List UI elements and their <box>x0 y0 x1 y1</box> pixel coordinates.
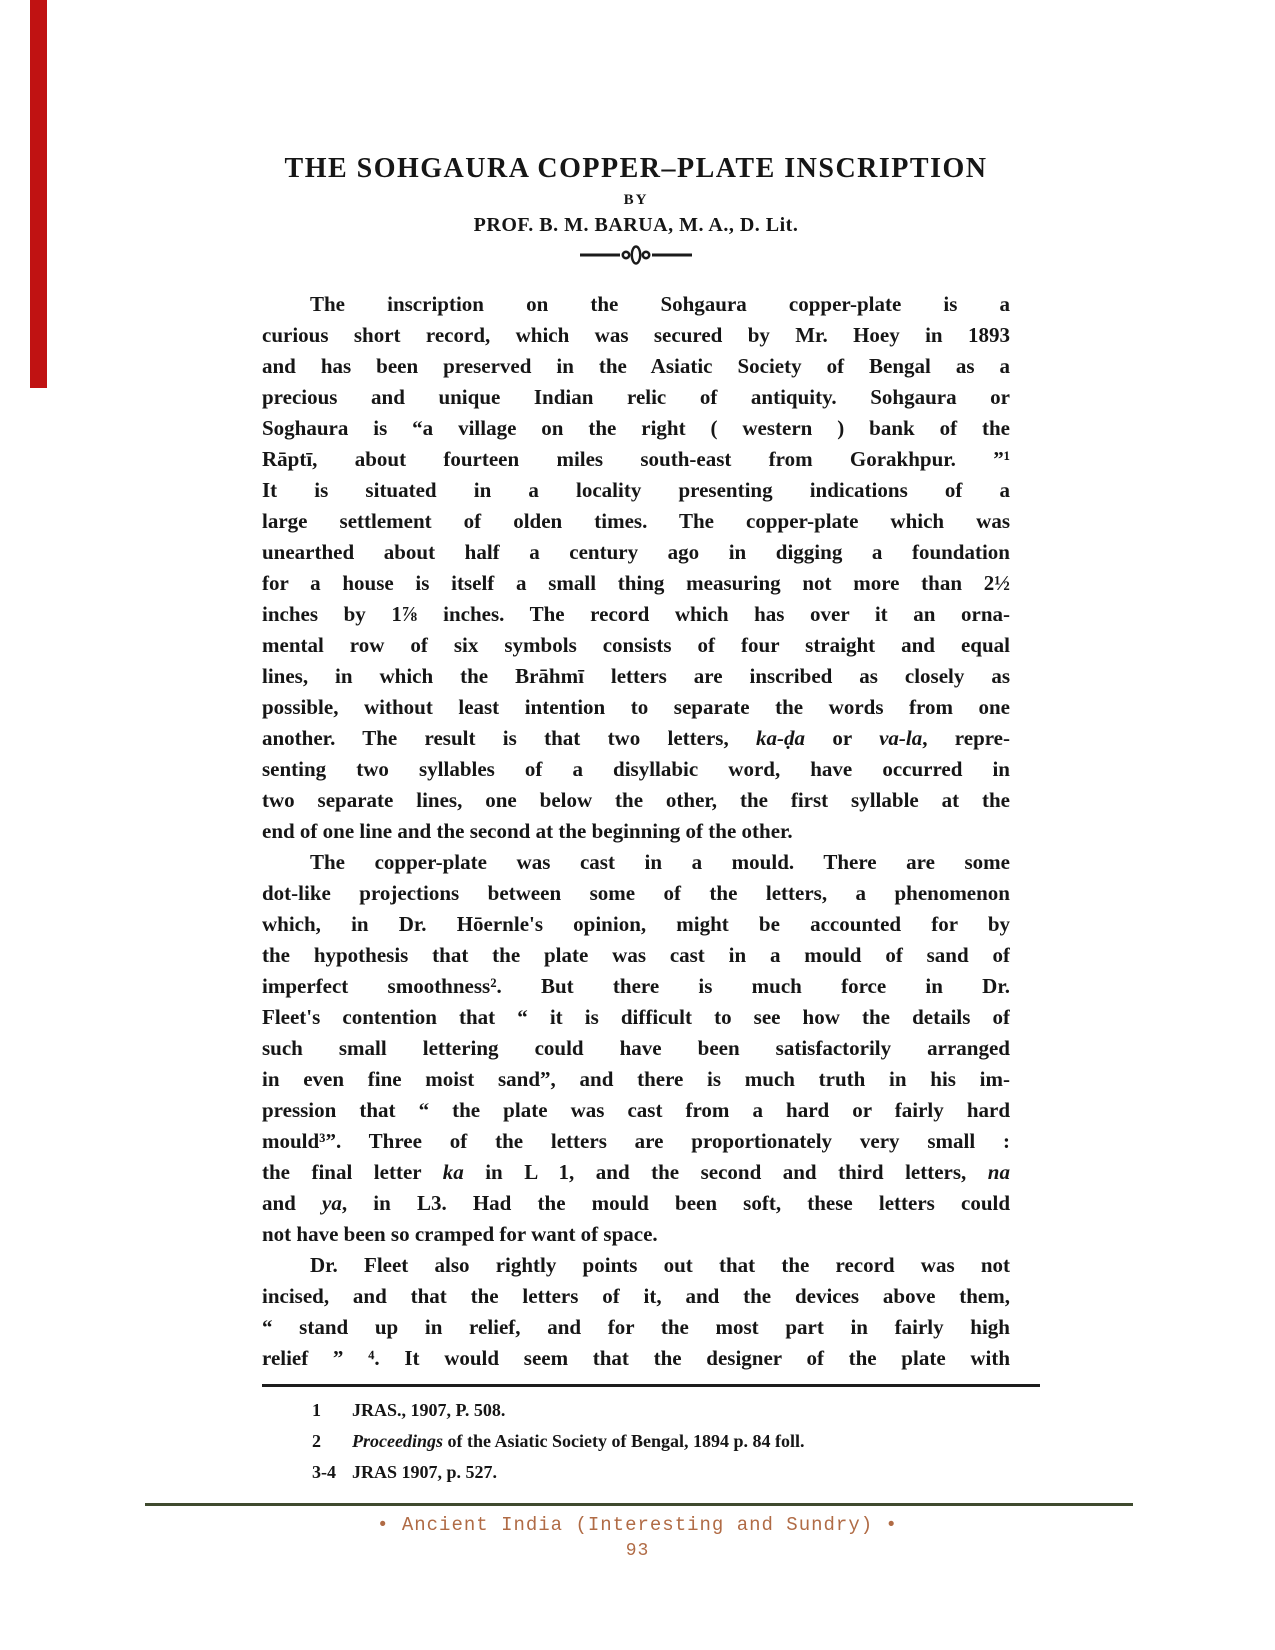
body-line: inches by 1⅞ inches. The record which ha… <box>262 599 1010 630</box>
footnote-text: Proceedings of the Asiatic Society of Be… <box>352 1426 804 1457</box>
body-line: possible, without least intention to sep… <box>262 692 1010 723</box>
body-line: mould³”. Three of the letters are propor… <box>262 1126 1010 1157</box>
body-line: the hypothesis that the plate was cast i… <box>262 940 1010 971</box>
red-margin-mark <box>30 0 47 388</box>
body-line: another. The result is that two letters,… <box>262 723 1010 754</box>
document-header: THE SOHGAURA COPPER–PLATE INSCRIPTION BY… <box>262 152 1010 268</box>
footnote-text: JRAS 1907, p. 527. <box>352 1457 497 1488</box>
body-line: unearthed about half a century ago in di… <box>262 537 1010 568</box>
body-line: curious short record, which was secured … <box>262 320 1010 351</box>
body-line: precious and unique Indian relic of anti… <box>262 382 1010 413</box>
footnote-separator <box>262 1384 1040 1387</box>
body-line: dot-like projections between some of the… <box>262 878 1010 909</box>
body-line: Rāptī, about fourteen miles south-east f… <box>262 444 1010 475</box>
footnote-line: 3-4JRAS 1907, p. 527. <box>312 1457 1012 1488</box>
body-line: large settlement of olden times. The cop… <box>262 506 1010 537</box>
footnote-text: JRAS., 1907, P. 508. <box>352 1395 505 1426</box>
page-number: 93 <box>0 1541 1275 1561</box>
body-line: and has been preserved in the Asiatic So… <box>262 351 1010 382</box>
footnote-line: 1JRAS., 1907, P. 508. <box>312 1395 1012 1426</box>
body-line: The copper-plate was cast in a mould. Th… <box>262 847 1010 878</box>
body-line: The inscription on the Sohgaura copper-p… <box>262 289 1010 320</box>
body-line: It is situated in a locality presenting … <box>262 475 1010 506</box>
author-name: PROF. B. M. BARUA, M. A., D. Lit. <box>262 211 1010 239</box>
footnote-number: 3-4 <box>312 1457 352 1488</box>
footnotes: 1JRAS., 1907, P. 508.2Proceedings of the… <box>312 1395 1012 1488</box>
body-line: mental row of six symbols consists of fo… <box>262 630 1010 661</box>
body-line: in even fine moist sand”, and there is m… <box>262 1064 1010 1095</box>
body-line: and ya, in L3. Had the mould been soft, … <box>262 1188 1010 1219</box>
byline-by: BY <box>262 189 1010 211</box>
body-line: two separate lines, one below the other,… <box>262 785 1010 816</box>
body-line: such small lettering could have been sat… <box>262 1033 1010 1064</box>
body-line: for a house is itself a small thing meas… <box>262 568 1010 599</box>
body-line: relief ” ⁴. It would seem that the desig… <box>262 1343 1010 1374</box>
body-line: which, in Dr. Hōernle's opinion, might b… <box>262 909 1010 940</box>
footnote-number: 1 <box>312 1395 352 1426</box>
body-line: not have been so cramped for want of spa… <box>262 1219 1010 1250</box>
footnote-number: 2 <box>312 1426 352 1457</box>
scanned-document-page: THE SOHGAURA COPPER–PLATE INSCRIPTION BY… <box>0 0 1275 1650</box>
body-line: imperfect smoothness². But there is much… <box>262 971 1010 1002</box>
body-text: The inscription on the Sohgaura copper-p… <box>262 289 1010 1374</box>
body-line: Soghaura is “a village on the right ( we… <box>262 413 1010 444</box>
footnote-line: 2Proceedings of the Asiatic Society of B… <box>312 1426 1012 1457</box>
body-line: lines, in which the Brāhmī letters are i… <box>262 661 1010 692</box>
footer-rule <box>145 1503 1133 1506</box>
body-line: pression that “ the plate was cast from … <box>262 1095 1010 1126</box>
footer-series-title: • Ancient India (Interesting and Sundry)… <box>0 1514 1275 1536</box>
divider-ornament-icon <box>262 244 1010 268</box>
body-line: “ stand up in relief, and for the most p… <box>262 1312 1010 1343</box>
body-line: incised, and that the letters of it, and… <box>262 1281 1010 1312</box>
body-line: the final letter ka in L 1, and the seco… <box>262 1157 1010 1188</box>
body-line: Fleet's contention that “ it is difficul… <box>262 1002 1010 1033</box>
body-line: senting two syllables of a disyllabic wo… <box>262 754 1010 785</box>
page-title: THE SOHGAURA COPPER–PLATE INSCRIPTION <box>262 152 1010 186</box>
body-line: end of one line and the second at the be… <box>262 816 1010 847</box>
body-line: Dr. Fleet also rightly points out that t… <box>262 1250 1010 1281</box>
